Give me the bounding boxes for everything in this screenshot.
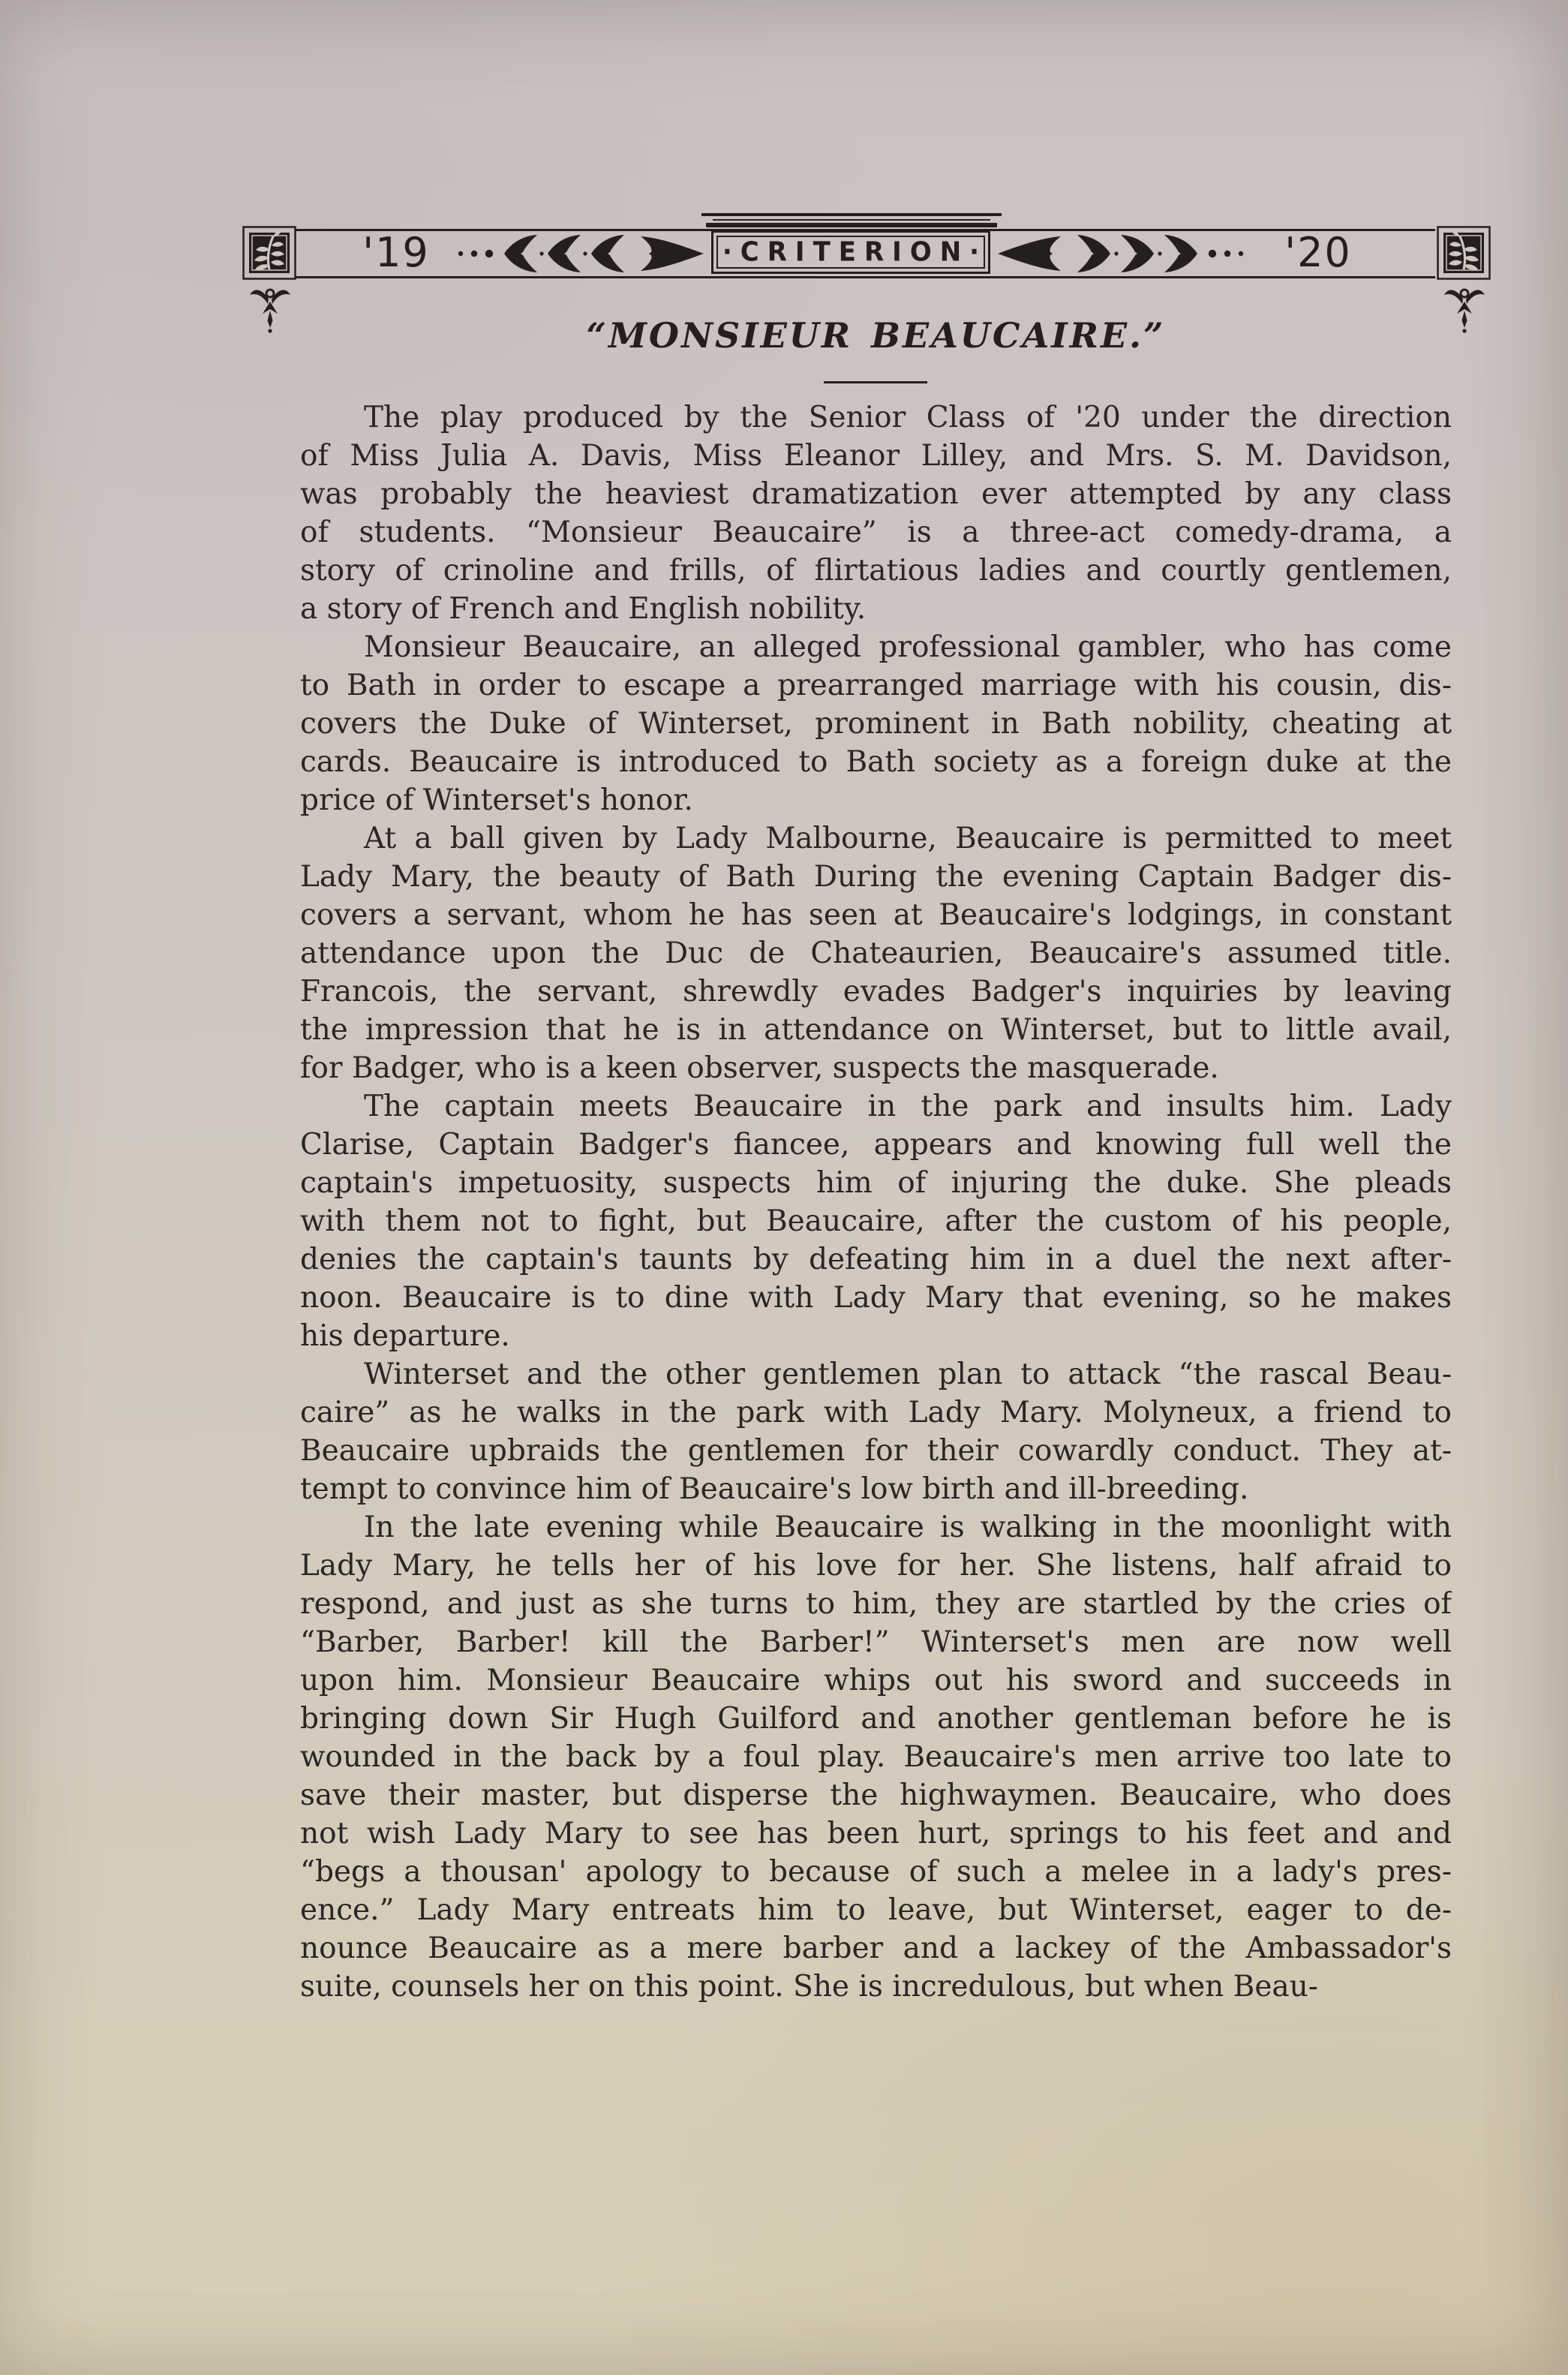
masthead-cornice [701, 213, 1002, 227]
text-line: upon him. Monsieur Beaucaire whips out h… [300, 1661, 1452, 1700]
text-line: a story of French and English nobility. [300, 590, 1452, 628]
text-line: to Bath in order to escape a prearranged… [300, 666, 1452, 705]
text-line: The play produced by the Senior Class of… [300, 398, 1452, 437]
text-line: bringing down Sir Hugh Guilford and anot… [300, 1700, 1452, 1738]
text-line: of Miss Julia A. Davis, Miss Eleanor Lil… [300, 437, 1452, 475]
article-body: The play produced by the Senior Class of… [300, 398, 1452, 2006]
text-line: Winterset and the other gentlemen plan t… [300, 1355, 1452, 1393]
text-line: respond, and just as she turns to him, t… [300, 1585, 1452, 1623]
text-line: for Badger, who is a keen observer, susp… [300, 1049, 1452, 1087]
text-line: Beaucaire upbraids the gentlemen for the… [300, 1432, 1452, 1470]
text-line: attendance upon the Duc de Chateaurien, … [300, 934, 1452, 973]
text-line: covers a servant, whom he has seen at Be… [300, 896, 1452, 934]
year-left-label: '19 [336, 227, 456, 277]
masthead-label: ·CRITERION· [722, 236, 987, 268]
text-line: In the late evening while Beaucaire is w… [300, 1508, 1452, 1547]
pendant-left-icon [249, 284, 291, 335]
text-line: with them not to fight, but Beaucaire, a… [300, 1202, 1452, 1240]
text-line: covers the Duke of Winterset, prominent … [300, 705, 1452, 743]
leaf-square-right-icon [1437, 226, 1491, 280]
text-line: ence.” Lady Mary entreats him to leave, … [300, 1891, 1452, 1929]
text-line: captain's impetuosity, suspects him of i… [300, 1164, 1452, 1202]
scanned-yearbook-page: '19 '20 [0, 0, 1568, 2375]
text-line: Lady Mary, he tells her of his love for … [300, 1547, 1452, 1585]
text-line: At a ball given by Lady Malbourne, Beauc… [300, 819, 1452, 858]
text-line: tempt to convince him of Beaucaire's low… [300, 1470, 1452, 1508]
text-line: price of Winterset's honor. [300, 781, 1452, 819]
text-line: save their master, but disperse the high… [300, 1776, 1452, 1814]
arrow-flourish-left-icon [455, 233, 704, 274]
year-right-label: '20 [1247, 227, 1389, 277]
text-line: cards. Beaucaire is introduced to Bath s… [300, 743, 1452, 781]
text-line: “Barber, Barber! kill the Barber!” Winte… [300, 1623, 1452, 1661]
text-line: his departure. [300, 1317, 1452, 1355]
paragraph: Winterset and the other gentlemen plan t… [300, 1355, 1452, 1508]
text-line: Francois, the servant, shrewdly evades B… [300, 973, 1452, 1011]
text-line: story of crinoline and frills, of flirta… [300, 552, 1452, 590]
text-line: noon. Beaucaire is to dine with Lady Mar… [300, 1279, 1452, 1317]
text-line: not wish Lady Mary to see has been hurt,… [300, 1814, 1452, 1853]
paragraph: At a ball given by Lady Malbourne, Beauc… [300, 819, 1452, 1087]
title-divider [824, 381, 927, 383]
text-line: “begs a thousan' apology to because of s… [300, 1853, 1452, 1891]
text-line: The captain meets Beaucaire in the park … [300, 1087, 1452, 1126]
text-line: the impression that he is in attendance … [300, 1011, 1452, 1049]
text-line: Lady Mary, the beauty of Bath During the… [300, 858, 1452, 896]
text-line: Clarise, Captain Badger's fiancee, appea… [300, 1126, 1452, 1164]
text-line: denies the captain's taunts by defeating… [300, 1240, 1452, 1279]
text-line: was probably the heaviest dramatization … [300, 475, 1452, 513]
paragraph: The play produced by the Senior Class of… [300, 398, 1452, 628]
text-line: caire” as he walks in the park with Lady… [300, 1393, 1452, 1432]
paragraph: The captain meets Beaucaire in the park … [300, 1087, 1452, 1355]
paragraph: In the late evening while Beaucaire is w… [300, 1508, 1452, 2006]
text-line: suite, counsels her on this point. She i… [300, 1968, 1452, 2006]
paragraph: Monsieur Beaucaire, an alleged professio… [300, 628, 1452, 819]
masthead-box: ·CRITERION· [711, 230, 990, 274]
arrow-flourish-right-icon [998, 233, 1247, 274]
text-line: wounded in the back by a foul play. Beau… [300, 1738, 1452, 1776]
leaf-square-left-icon [242, 226, 296, 280]
text-line: Monsieur Beaucaire, an alleged professio… [300, 628, 1452, 666]
article-title: “MONSIEUR BEAUCAIRE.” [300, 315, 1452, 356]
text-line: of students. “Monsieur Beaucaire” is a t… [300, 513, 1452, 552]
text-line: nounce Beaucaire as a mere barber and a … [300, 1929, 1452, 1968]
